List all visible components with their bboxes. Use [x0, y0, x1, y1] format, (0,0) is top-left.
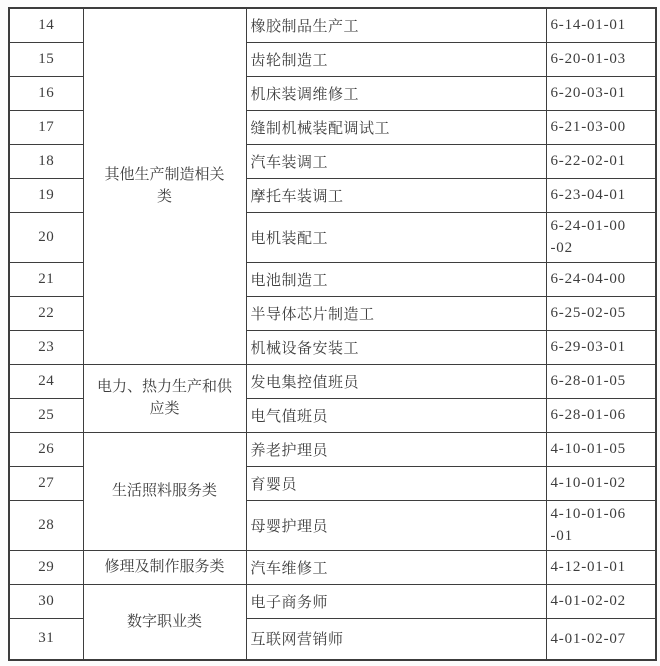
code-cell: 6-25-02-05 — [546, 296, 656, 330]
occupation-cell: 互联网营销师 — [246, 618, 546, 660]
row-number-cell: 25 — [9, 398, 83, 432]
code-cell: 4-10-01-02 — [546, 466, 656, 500]
occupation-cell: 汽车维修工 — [246, 550, 546, 584]
row-number-cell: 18 — [9, 144, 83, 178]
page: 14 其他生产制造相关 类 橡胶制品生产工 6-14-01-01 15 齿轮制造… — [0, 0, 660, 666]
row-number-cell: 19 — [9, 178, 83, 212]
occupation-cell: 汽车装调工 — [246, 144, 546, 178]
occupation-cell: 育婴员 — [246, 466, 546, 500]
row-number-cell: 24 — [9, 364, 83, 398]
code-cell: 6-22-02-01 — [546, 144, 656, 178]
row-number-cell: 23 — [9, 330, 83, 364]
code-cell: 4-10-01-06 -01 — [546, 500, 656, 550]
table-row: 24 电力、热力生产和供 应类 发电集控值班员 6-28-01-05 — [9, 364, 656, 398]
row-number-cell: 14 — [9, 8, 83, 42]
code-cell: 6-24-04-00 — [546, 262, 656, 296]
code-cell: 6-23-04-01 — [546, 178, 656, 212]
code-cell: 6-28-01-05 — [546, 364, 656, 398]
row-number-cell: 20 — [9, 212, 83, 262]
occupation-cell: 电池制造工 — [246, 262, 546, 296]
occupation-cell: 电气值班员 — [246, 398, 546, 432]
occupation-cell: 母婴护理员 — [246, 500, 546, 550]
table-row: 14 其他生产制造相关 类 橡胶制品生产工 6-14-01-01 — [9, 8, 656, 42]
code-cell: 6-20-03-01 — [546, 76, 656, 110]
row-number-cell: 16 — [9, 76, 83, 110]
row-number-cell: 21 — [9, 262, 83, 296]
code-cell: 4-01-02-02 — [546, 584, 656, 618]
row-number-cell: 30 — [9, 584, 83, 618]
code-cell: 6-24-01-00 -02 — [546, 212, 656, 262]
row-number-cell: 22 — [9, 296, 83, 330]
category-cell: 其他生产制造相关 类 — [83, 8, 246, 364]
category-cell: 生活照料服务类 — [83, 432, 246, 550]
row-number-cell: 29 — [9, 550, 83, 584]
row-number-cell: 28 — [9, 500, 83, 550]
category-cell: 电力、热力生产和供 应类 — [83, 364, 246, 432]
category-cell: 数字职业类 — [83, 584, 246, 660]
category-cell: 修理及制作服务类 — [83, 550, 246, 584]
code-cell: 4-12-01-01 — [546, 550, 656, 584]
row-number-cell: 17 — [9, 110, 83, 144]
code-cell: 4-10-01-05 — [546, 432, 656, 466]
occupation-cell: 发电集控值班员 — [246, 364, 546, 398]
occupation-cell: 电子商务师 — [246, 584, 546, 618]
occupation-table: 14 其他生产制造相关 类 橡胶制品生产工 6-14-01-01 15 齿轮制造… — [8, 7, 657, 661]
occupation-cell: 齿轮制造工 — [246, 42, 546, 76]
occupation-cell: 机床装调维修工 — [246, 76, 546, 110]
occupation-cell: 橡胶制品生产工 — [246, 8, 546, 42]
occupation-cell: 养老护理员 — [246, 432, 546, 466]
row-number-cell: 31 — [9, 618, 83, 660]
occupation-cell: 缝制机械装配调试工 — [246, 110, 546, 144]
table-row: 29 修理及制作服务类 汽车维修工 4-12-01-01 — [9, 550, 656, 584]
row-number-cell: 15 — [9, 42, 83, 76]
row-number-cell: 26 — [9, 432, 83, 466]
table-row: 26 生活照料服务类 养老护理员 4-10-01-05 — [9, 432, 656, 466]
occupation-cell: 电机装配工 — [246, 212, 546, 262]
occupation-cell: 摩托车装调工 — [246, 178, 546, 212]
code-cell: 6-14-01-01 — [546, 8, 656, 42]
occupation-cell: 半导体芯片制造工 — [246, 296, 546, 330]
table-row: 30 数字职业类 电子商务师 4-01-02-02 — [9, 584, 656, 618]
occupation-cell: 机械设备安装工 — [246, 330, 546, 364]
row-number-cell: 27 — [9, 466, 83, 500]
code-cell: 4-01-02-07 — [546, 618, 656, 660]
code-cell: 6-20-01-03 — [546, 42, 656, 76]
code-cell: 6-29-03-01 — [546, 330, 656, 364]
code-cell: 6-28-01-06 — [546, 398, 656, 432]
code-cell: 6-21-03-00 — [546, 110, 656, 144]
